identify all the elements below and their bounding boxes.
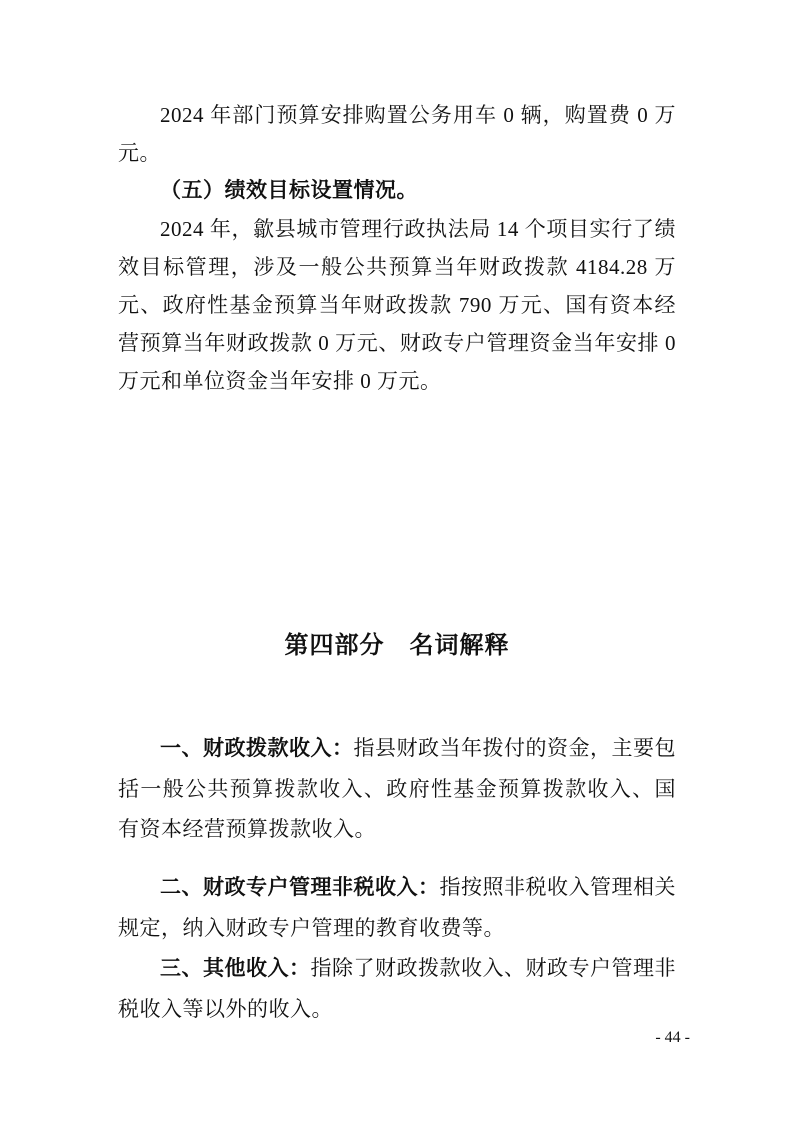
definition-item-fiscal-appropriation: 一、财政拨款收入：指县财政当年拨付的资金，主要包括一般公共预算拨款收入、政府性基… (118, 728, 676, 849)
definition-item-special-account: 二、财政专户管理非税收入：指按照非税收入管理相关规定，纳入财政专户管理的教育收费… (118, 867, 676, 948)
page-number: - 44 - (655, 1028, 690, 1048)
heading-performance-targets: （五）绩效目标设置情况。 (118, 172, 676, 210)
definition-term: 三、其他收入： (160, 957, 311, 980)
section-title-part-four: 第四部分 名词解释 (118, 628, 676, 664)
definition-term: 一、财政拨款收入： (160, 737, 354, 760)
definition-term: 二、财政专户管理非税收入： (160, 876, 440, 899)
para-vehicle-purchase: 2024 年部门预算安排购置公务用车 0 辆，购置费 0 万元。 (118, 96, 676, 172)
document-page: 2024 年部门预算安排购置公务用车 0 辆，购置费 0 万元。 （五）绩效目标… (0, 0, 794, 1122)
para-performance-targets: 2024 年，歙县城市管理行政执法局 14 个项目实行了绩效目标管理，涉及一般公… (118, 210, 676, 400)
definition-item-other-income: 三、其他收入：指除了财政拨款收入、财政专户管理非税收入等以外的收入。 (118, 948, 676, 1029)
